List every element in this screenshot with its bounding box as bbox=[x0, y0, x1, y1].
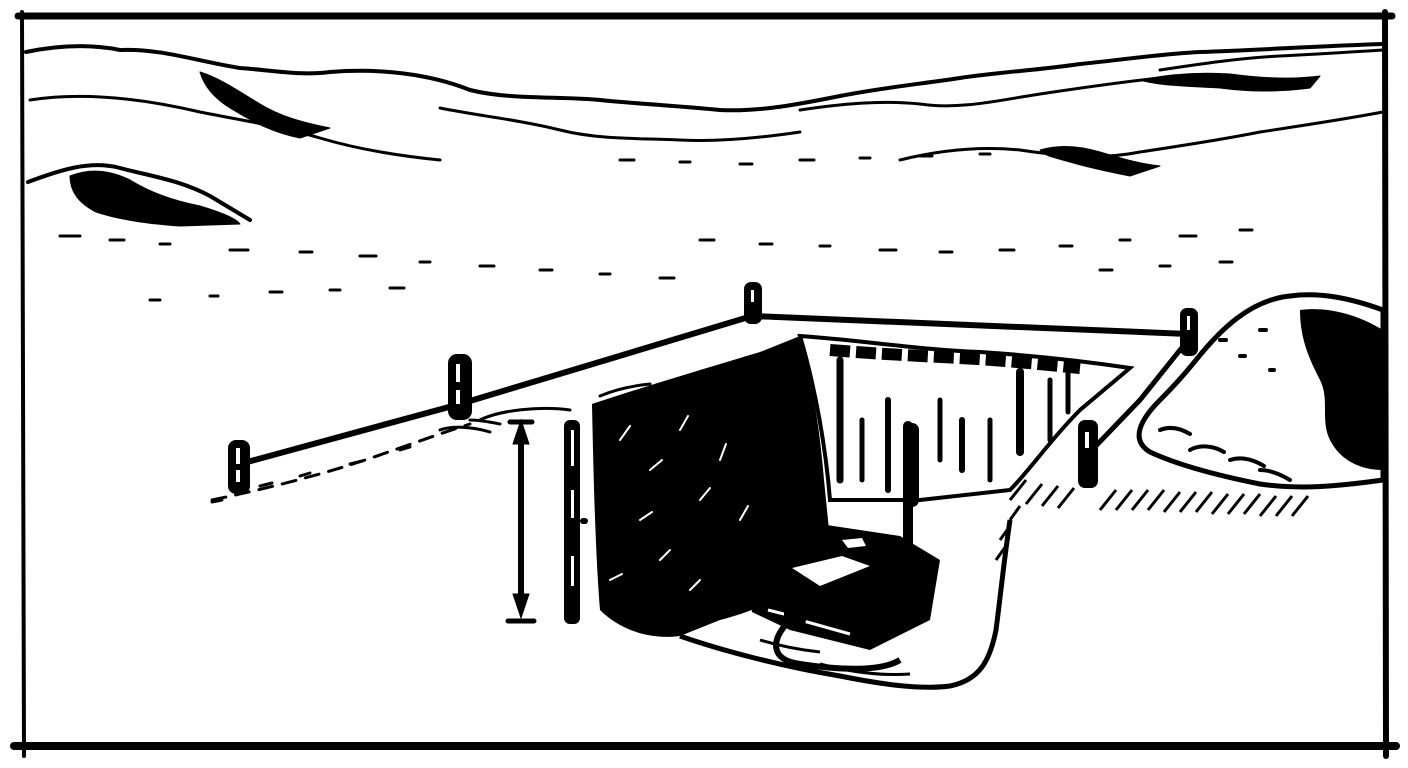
spoil-mound bbox=[1139, 295, 1383, 487]
background-hills bbox=[26, 44, 1383, 226]
hatched-ground bbox=[996, 480, 1308, 560]
fence-post bbox=[448, 354, 472, 420]
depth-arrow bbox=[508, 420, 534, 621]
measuring-staff bbox=[564, 420, 588, 624]
fence-post bbox=[1180, 308, 1198, 356]
fence-post bbox=[744, 282, 762, 324]
ground-marks bbox=[212, 384, 650, 502]
field-illustration bbox=[0, 0, 1408, 768]
fence-post bbox=[1078, 420, 1098, 488]
fence-post bbox=[228, 440, 250, 494]
valley-plain bbox=[60, 154, 1252, 300]
